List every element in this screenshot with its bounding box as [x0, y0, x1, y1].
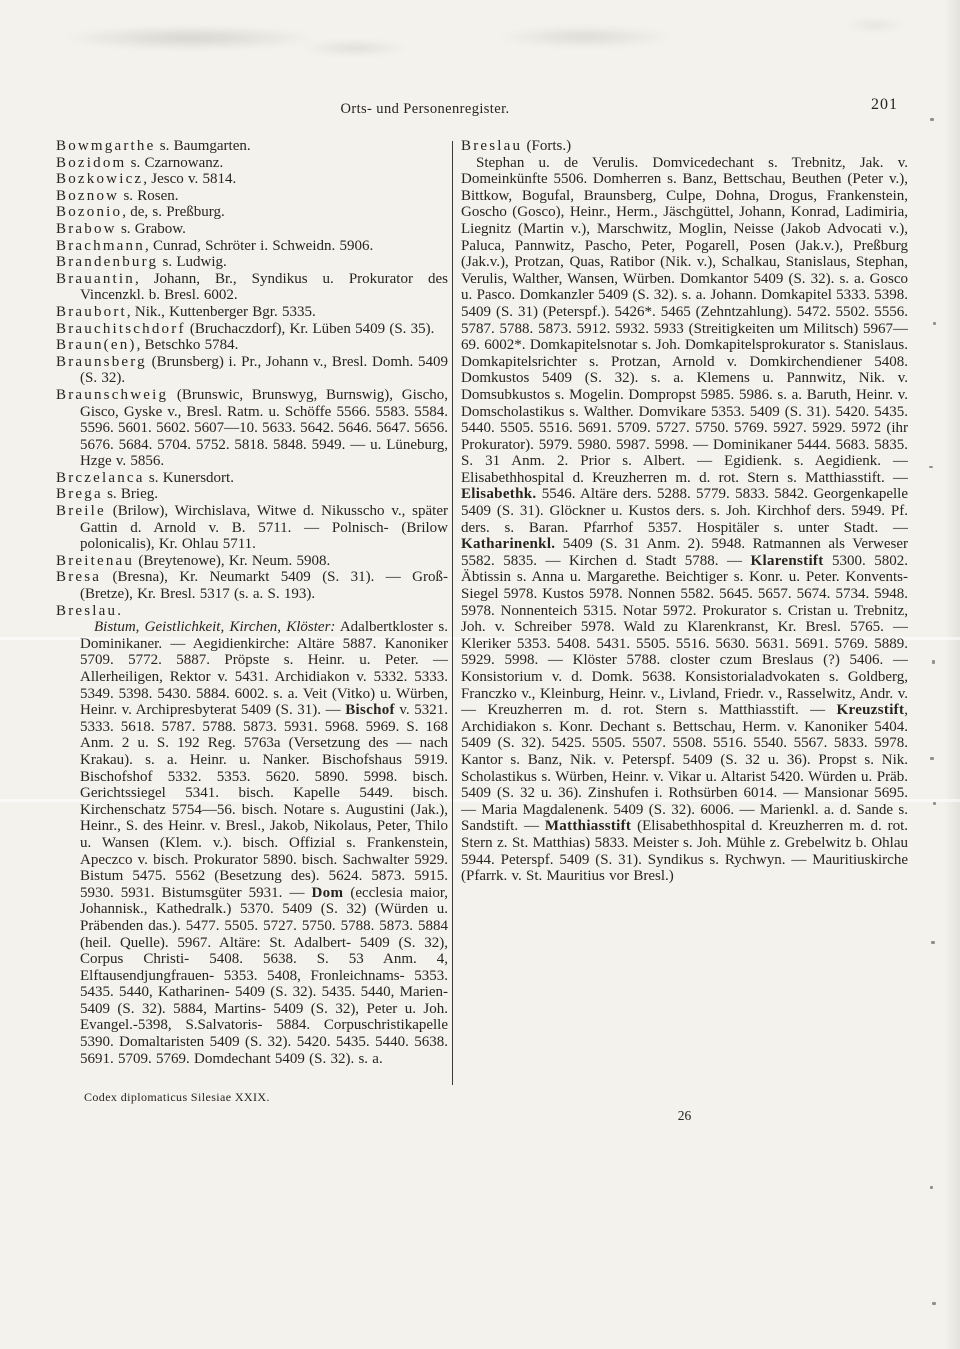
scan-smudge: [60, 26, 320, 50]
scan-speck: [931, 941, 935, 944]
index-entry: Bowmgarthe s. Baumgarten.: [56, 138, 448, 155]
index-entry: Brauchitschdorf (Bruchaczdorf), Kr. Lübe…: [56, 321, 448, 338]
index-entry: Breitenau (Breytenowe), Kr. Neum. 5908.: [56, 553, 448, 570]
scan-smudge: [845, 18, 905, 32]
index-entry: Braun(en), Betschko 5784.: [56, 337, 448, 354]
scan-speck: [930, 118, 934, 121]
index-entry: Brachmann, Cunrad, Schröter i. Schweidn.…: [56, 238, 448, 255]
scanned-page: Orts- und Personenregister. 201 Bowmgart…: [0, 0, 960, 1349]
scan-speck: [932, 660, 935, 664]
scan-speck: [932, 1302, 936, 1305]
footer-signature: Codex diplomaticus Silesiae XXIX.: [84, 1090, 270, 1105]
right-column: Breslau (Forts.)Stephan u. de Verulis. D…: [461, 138, 908, 1088]
scan-speck: [929, 466, 933, 468]
left-column: Bowmgarthe s. Baumgarten.Bozidom s. Czar…: [56, 138, 448, 1088]
scan-speck: [933, 322, 936, 325]
index-entry: Brega s. Brieg.: [56, 486, 448, 503]
index-entry: Stephan u. de Verulis. Domvicedechant s.…: [461, 155, 908, 885]
index-entry: Bozidom s. Czarnowanz.: [56, 155, 448, 172]
page-header-title: Orts- und Personenregister.: [180, 101, 670, 118]
index-entry: Braubort, Nik., Kuttenberger Bgr. 5335.: [56, 304, 448, 321]
index-entry: Brabow s. Grabow.: [56, 221, 448, 238]
footer-sheet-number: 26: [461, 1108, 908, 1124]
scan-speck: [930, 757, 934, 760]
index-entry: Bozonio, de, s. Preßburg.: [56, 204, 448, 221]
scan-smudge: [495, 26, 675, 48]
index-entry: Brauantin, Johann, Br., Syndikus u. Prok…: [56, 271, 448, 304]
index-entry: Braunschweig (Brunswic, Brunswyg, Burnsw…: [56, 387, 448, 470]
index-entry: Brandenburg s. Ludwig.: [56, 254, 448, 271]
index-entry: Braunsberg (Brunsberg) i. Pr., Johann v.…: [56, 354, 448, 387]
index-entry: Bozkowicz, Jesco v. 5814.: [56, 171, 448, 188]
index-entry: Brczelanca s. Kunersdort.: [56, 470, 448, 487]
scan-speck: [930, 1186, 933, 1189]
index-entry: Breile (Brilow), Wirchislava, Witwe d. N…: [56, 503, 448, 553]
index-entry: Breslau.: [56, 603, 448, 620]
index-entry: Boznow s. Rosen.: [56, 188, 448, 205]
page-number: 201: [871, 96, 898, 114]
scan-edge-shadow: [944, 0, 960, 1349]
index-entry: Bistum, Geistlichkeit, Kirchen, Klöster:…: [56, 619, 448, 1067]
index-entry: Bresa (Bresna), Kr. Neumarkt 5409 (S. 31…: [56, 569, 448, 602]
column-divider: [452, 141, 453, 1085]
scan-speck: [933, 802, 936, 805]
index-entry: Breslau (Forts.): [461, 138, 908, 155]
scan-smudge: [300, 40, 410, 56]
